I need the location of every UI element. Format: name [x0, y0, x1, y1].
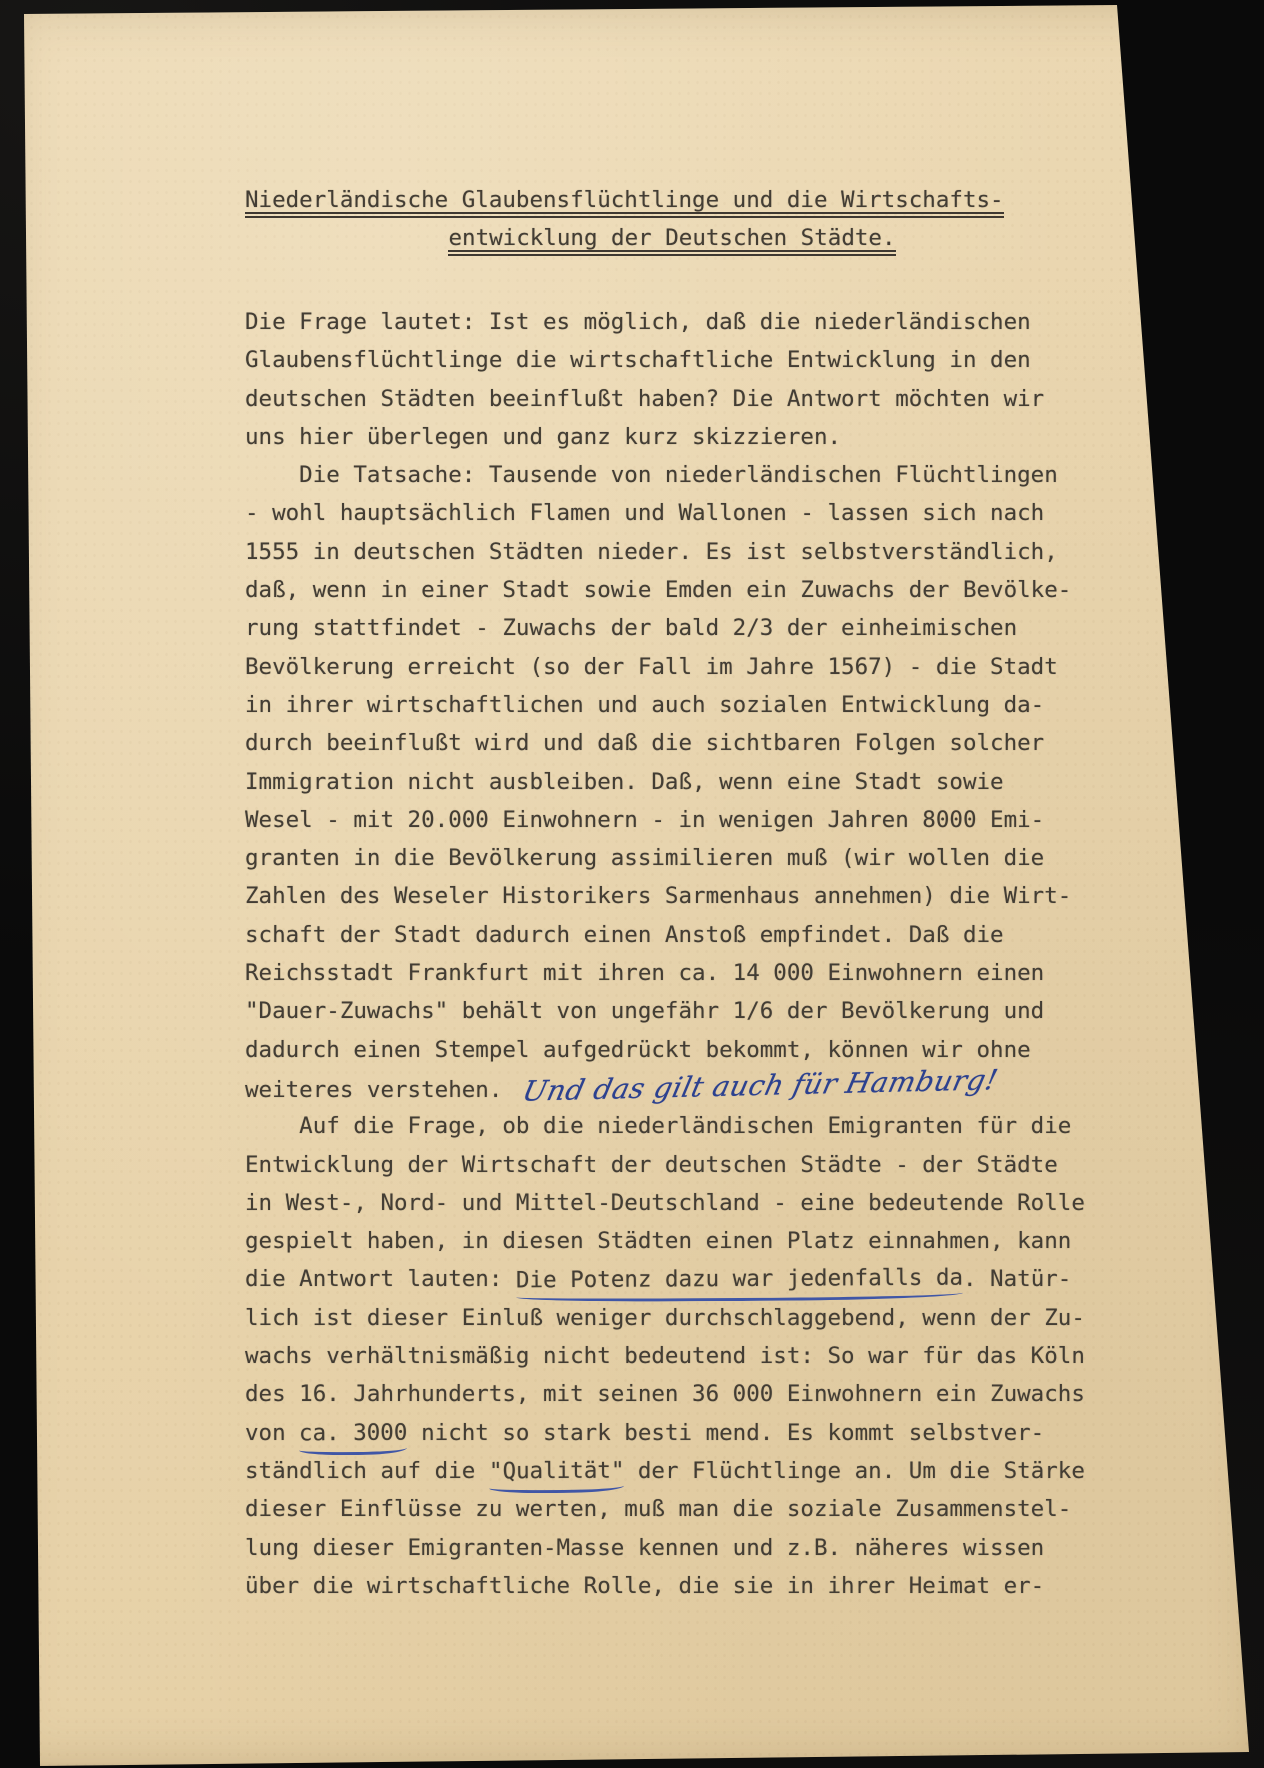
text-line: schaft der Stadt dadurch einen Anstoß em…	[245, 916, 1085, 954]
text-line: Entwicklung der Wirtschaft der deutschen…	[245, 1146, 1085, 1184]
text-line: wachs verhältnismäßig nicht bedeutend is…	[245, 1337, 1085, 1375]
ink-underlined-phrase: ca. 3000	[299, 1413, 408, 1455]
typed-text: nicht so stark besti mend. Es kommt selb…	[408, 1420, 1045, 1446]
title-text-underlined: entwicklung der Deutschen Städte.	[448, 225, 895, 256]
text-line: "Dauer-Zuwachs" behält von ungefähr 1/6 …	[245, 992, 1085, 1030]
handwritten-annotation: Und das gilt auch für Hamburg!	[519, 1061, 1002, 1111]
title-line: entwicklung der Deutschen Städte.	[245, 219, 1099, 257]
typed-text: der Flüchtlinge an. Um die Stärke	[624, 1458, 1085, 1484]
text-line: lung dieser Emigranten-Masse kennen und …	[245, 1529, 1085, 1567]
text-line: Auf die Frage, ob die niederländischen E…	[245, 1107, 1085, 1145]
typed-text: . Natür-	[963, 1266, 1071, 1292]
text-line: Reichsstadt Frankfurt mit ihren ca. 14 0…	[245, 954, 1085, 992]
document-page: Niederländische Glaubensflüchtlinge und …	[0, 0, 1264, 1768]
text-line: Glaubensflüchtlinge die wirtschaftliche …	[245, 341, 1085, 379]
text-line: deutschen Städten beeinflußt haben? Die …	[245, 380, 1085, 418]
text-line-with-annotation: weiteres verstehen. Und das gilt auch fü…	[245, 1069, 1085, 1107]
text-line: daß, wenn in einer Stadt sowie Emden ein…	[245, 571, 1085, 609]
typed-text: weiteres verstehen.	[245, 1077, 516, 1103]
text-line: Wesel - mit 20.000 Einwohnern - in wenig…	[245, 801, 1085, 839]
text-line: gespielt haben, in diesen Städten einen …	[245, 1222, 1085, 1260]
title-line: Niederländische Glaubensflüchtlinge und …	[245, 181, 1099, 219]
title-text-underlined: Niederländische Glaubensflüchtlinge und …	[245, 187, 1004, 218]
typed-text: von	[245, 1420, 299, 1446]
text-line: Immigration nicht ausbleiben. Daß, wenn …	[245, 763, 1085, 801]
text-line-with-ink-underline: die Antwort lauten: Die Potenz dazu war …	[245, 1260, 1085, 1298]
text-line: Die Frage lautet: Ist es möglich, daß di…	[245, 303, 1085, 341]
ink-underlined-phrase: "Qualität"	[489, 1451, 625, 1493]
text-line: granten in die Bevölkerung assimilieren …	[245, 839, 1085, 877]
text-line: uns hier überlegen und ganz kurz skizzie…	[245, 418, 1085, 456]
text-line: Zahlen des Weseler Historikers Sarmenhau…	[245, 877, 1085, 915]
document-body: Die Frage lautet: Ist es möglich, daß di…	[245, 303, 1085, 1605]
text-line: in West-, Nord- und Mittel-Deutschland -…	[245, 1184, 1085, 1222]
photo-of-typewritten-page: { "colors": { "background": "#0a0a0a", "…	[0, 0, 1264, 1768]
text-line: durch beeinflußt wird und daß die sichtb…	[245, 724, 1085, 762]
ink-underlined-phrase: Die Potenz dazu war jedenfalls da	[516, 1259, 963, 1303]
text-line: 1555 in deutschen Städten nieder. Es ist…	[245, 533, 1085, 571]
typed-text: die Antwort lauten:	[245, 1266, 516, 1292]
text-line: Die Tatsache: Tausende von niederländisc…	[245, 456, 1085, 494]
text-line-with-ink-underline: ständlich auf die "Qualität" der Flüchtl…	[245, 1452, 1085, 1490]
text-line-with-ink-underline: von ca. 3000 nicht so stark besti mend. …	[245, 1414, 1085, 1452]
text-line: - wohl hauptsächlich Flamen und Wallonen…	[245, 494, 1085, 532]
text-line: in ihrer wirtschaftlichen und auch sozia…	[245, 686, 1085, 724]
text-line: rung stattfindet - Zuwachs der bald 2/3 …	[245, 609, 1085, 647]
document-title: Niederländische Glaubensflüchtlinge und …	[245, 181, 1099, 258]
text-line: über die wirtschaftliche Rolle, die sie …	[245, 1567, 1085, 1605]
text-line: lich ist dieser Einluß weniger durchschl…	[245, 1299, 1085, 1337]
text-line: Bevölkerung erreicht (so der Fall im Jah…	[245, 648, 1085, 686]
typed-text: ständlich auf die	[245, 1458, 489, 1484]
text-line: des 16. Jahrhunderts, mit seinen 36 000 …	[245, 1375, 1085, 1413]
text-line: dieser Einflüsse zu werten, muß man die …	[245, 1490, 1085, 1528]
